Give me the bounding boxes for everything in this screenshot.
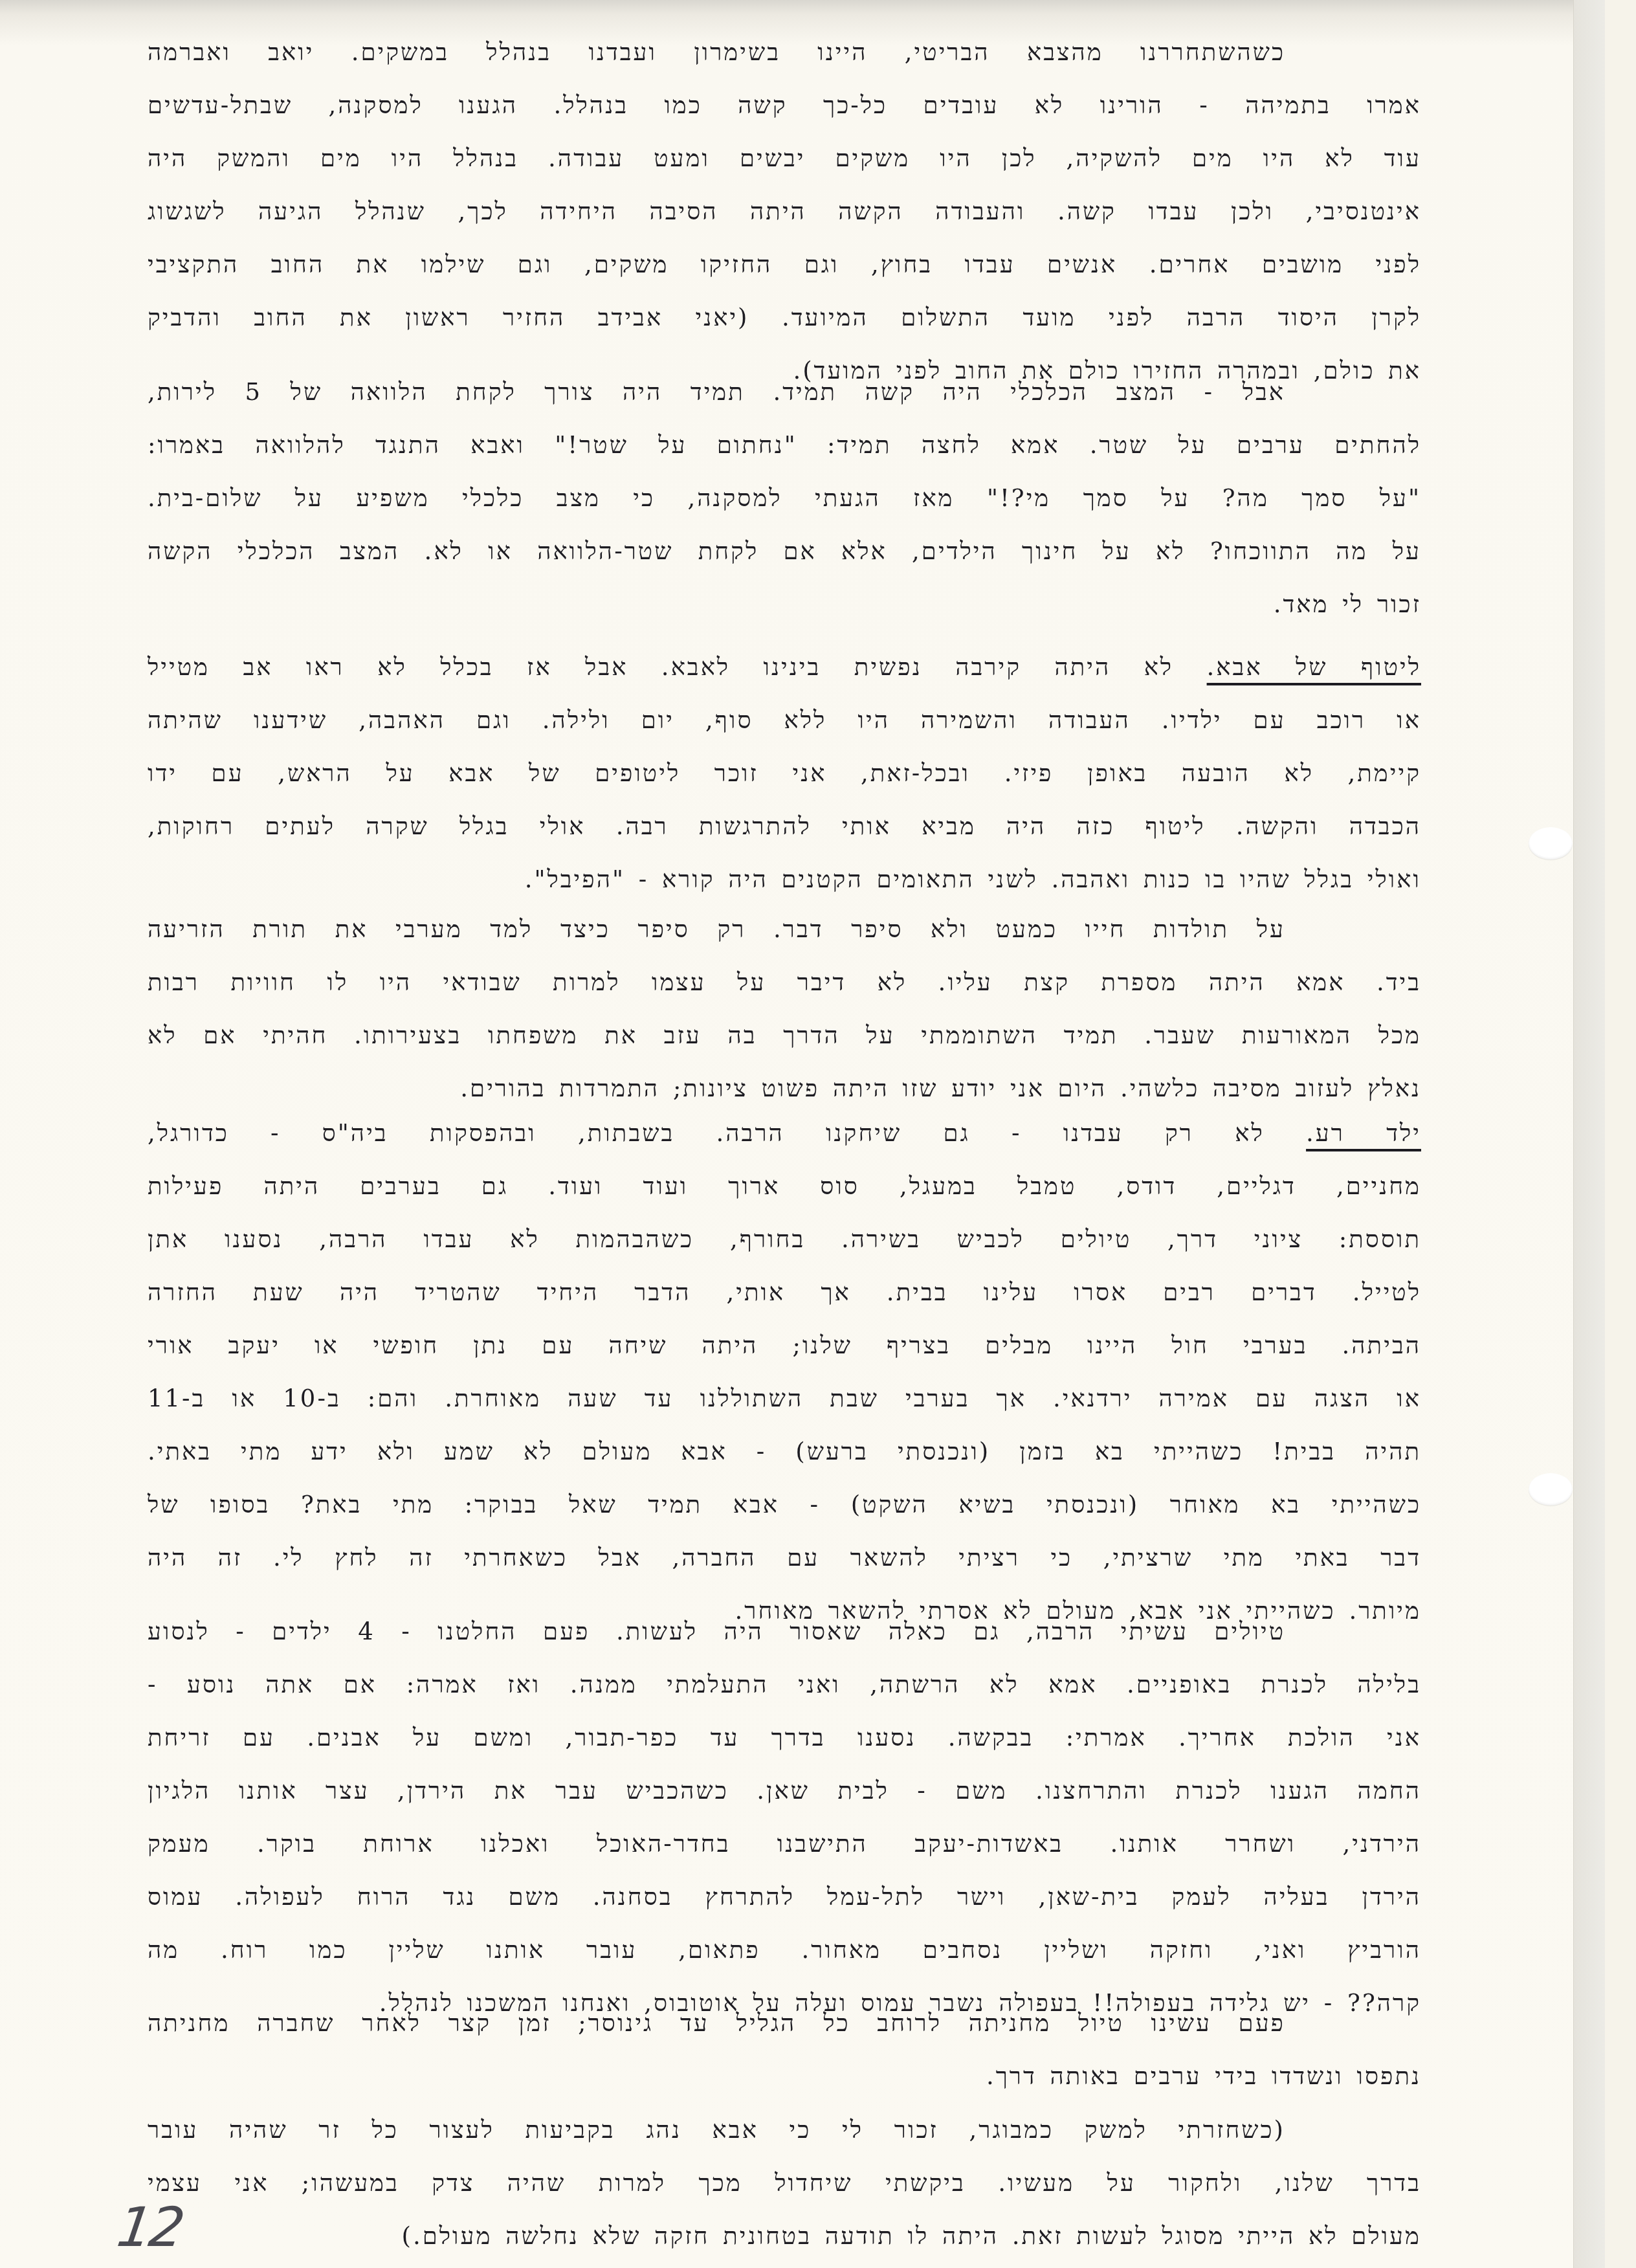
line-text: לא היתה קירבה נפשית בינינו לאבא. אבל אז …	[148, 653, 1207, 681]
text-line: מכל המאורעות שעבר. תמיד השתוממתי על הדרך…	[148, 1009, 1421, 1062]
text-line: מחניים, דגליים, דודס, טמבל במעגל, סוס אר…	[148, 1160, 1421, 1213]
text-line: טיולים עשיתי הרבה, גם כאלה שאסור היה לעש…	[148, 1605, 1421, 1658]
text-line: אני הולכת אחריך. אמרתי: בבקשה. נסענו בדר…	[148, 1711, 1421, 1764]
underlined-heading: ילד רע.	[1306, 1119, 1421, 1147]
text-line: קיימת, לא הובעה באופן פיזי. ובכל-זאת, אנ…	[148, 747, 1421, 800]
text-line: כשהשתחררנו מהצבא הבריטי, היינו בשימרון ו…	[148, 26, 1421, 79]
text-line: להחתים ערבים על שטר. אמא לחצה תמיד: "נחת…	[148, 419, 1421, 472]
paragraph-p4: על תולדות חייו כמעט ולא סיפר דבר. רק סיפ…	[148, 903, 1421, 1115]
text-line: כשהייתי בא מאוחר (ונכנסתי בשיא השקט) - א…	[148, 1478, 1421, 1531]
text-line: על מה התווכחו? לא על חינוך הילדים, אלא א…	[148, 525, 1421, 578]
text-line: הכבדה והקשה. ליטוף כזה היה מביא אותי להת…	[148, 800, 1421, 853]
text-line: מעולם לא הייתי מסוגל לעשות זאת. היתה לו …	[148, 2210, 1421, 2263]
text-line: "על סמך מה? על סמך מי?!" מאז הגעתי למסקנ…	[148, 472, 1421, 525]
paragraph-p8: (כשחזרתי למשק כמבוגר, זכור לי כי אבא נהג…	[148, 2104, 1421, 2263]
text-line: עוד לא היו מים להשקיה, לכן היו משקים יבש…	[148, 132, 1421, 185]
text-line: לקרן היסוד הרבה לפני מועד התשלום המיועד.…	[148, 291, 1421, 344]
text-line: פעם עשינו טיול מחניתה לרוחב כל הגליל עד …	[148, 1997, 1421, 2050]
document-page: כשהשתחררנו מהצבא הבריטי, היינו בשימרון ו…	[0, 0, 1605, 2268]
text-line: זכור לי מאד.	[148, 578, 1421, 631]
handwritten-page-number: 12	[113, 2196, 186, 2259]
text-line: הירדני, ושחרר אותנו. באשדות-יעקב התישבנו…	[148, 1818, 1421, 1871]
punch-hole	[1529, 1473, 1573, 1506]
text-line: ביד. אמא היתה מספרת קצת עליו. לא דיבר על…	[148, 956, 1421, 1009]
text-line: אבל - המצב הכלכלי היה קשה תמיד. תמיד היה…	[148, 366, 1421, 419]
text-line: החמה הגענו לכנרת והתרחצנו. משם - לבית שא…	[148, 1764, 1421, 1818]
text-line: נתפסו ונשדדו בידי ערבים באותה דרך.	[148, 2050, 1421, 2103]
paragraph-p7: פעם עשינו טיול מחניתה לרוחב כל הגליל עד …	[148, 1997, 1421, 2103]
text-line: דבר באתי מתי שרציתי, כי רציתי להשאר עם ה…	[148, 1531, 1421, 1584]
text-line: (כשחזרתי למשק כמבוגר, זכור לי כי אבא נהג…	[148, 2104, 1421, 2157]
text-line: ליטוף של אבא. לא היתה קירבה נפשית בינינו…	[148, 641, 1421, 694]
text-line: תוססת: ציוני דרך, טיולים לכביש בשירה. בח…	[148, 1213, 1421, 1266]
text-line: הביתה. בערבי חול היינו מבלים בצריף שלנו;…	[148, 1319, 1421, 1372]
text-line: אינטנסיבי, ולכן עבדו קשה. והעבודה הקשה ה…	[148, 185, 1421, 238]
text-line: ואולי בגלל שהיו בו כנות ואהבה. לשני התאו…	[148, 853, 1421, 906]
text-line: תהיה בבית! כשהייתי בא בזמן (ונכנסתי ברעש…	[148, 1425, 1421, 1478]
text-line: בדרך שלנו, ולחקור על מעשיו. ביקשתי שיחדו…	[148, 2157, 1421, 2210]
punch-hole	[1529, 827, 1573, 860]
text-line: ילד רע. לא רק עבדנו - גם שיחקנו הרבה. בש…	[148, 1107, 1421, 1160]
text-line: הורביץ ואני, וחזקה ושליין נסחבים מאחור. …	[148, 1924, 1421, 1977]
text-line: או הצגה עם אמירה ירדנאי. אך בערבי שבת הש…	[148, 1372, 1421, 1425]
paragraph-p1: כשהשתחררנו מהצבא הבריטי, היינו בשימרון ו…	[148, 26, 1421, 397]
underlined-heading: ליטוף של אבא.	[1207, 653, 1421, 681]
text-line: על תולדות חייו כמעט ולא סיפר דבר. רק סיפ…	[148, 903, 1421, 956]
page-edge-strip	[1573, 0, 1605, 2268]
paragraph-p5: ילד רע. לא רק עבדנו - גם שיחקנו הרבה. בש…	[148, 1107, 1421, 1638]
paragraph-p2: אבל - המצב הכלכלי היה קשה תמיד. תמיד היה…	[148, 366, 1421, 631]
text-line: בלילה לכנרת באופניים. אמא לא הרשתה, ואני…	[148, 1658, 1421, 1711]
text-line: הירדן בעליה לעמק בית-שאן, וישר לתל-עמל ל…	[148, 1871, 1421, 1924]
paragraph-p3: ליטוף של אבא. לא היתה קירבה נפשית בינינו…	[148, 641, 1421, 906]
text-line: לטייל. דברים רבים אסרו עלינו בבית. אך או…	[148, 1266, 1421, 1319]
line-text: לא רק עבדנו - גם שיחקנו הרבה. בשבתות, וב…	[148, 1119, 1306, 1147]
paragraph-p6: טיולים עשיתי הרבה, גם כאלה שאסור היה לעש…	[148, 1605, 1421, 2030]
text-line: לפני מושבים אחרים. אנשים עבדו בחוץ, וגם …	[148, 238, 1421, 291]
text-line: אמרו בתמיהה - הורינו לא עובדים כל-כך קשה…	[148, 79, 1421, 132]
text-line: או רוכב עם ילדיו. העבודה והשמירה היו ללא…	[148, 694, 1421, 747]
